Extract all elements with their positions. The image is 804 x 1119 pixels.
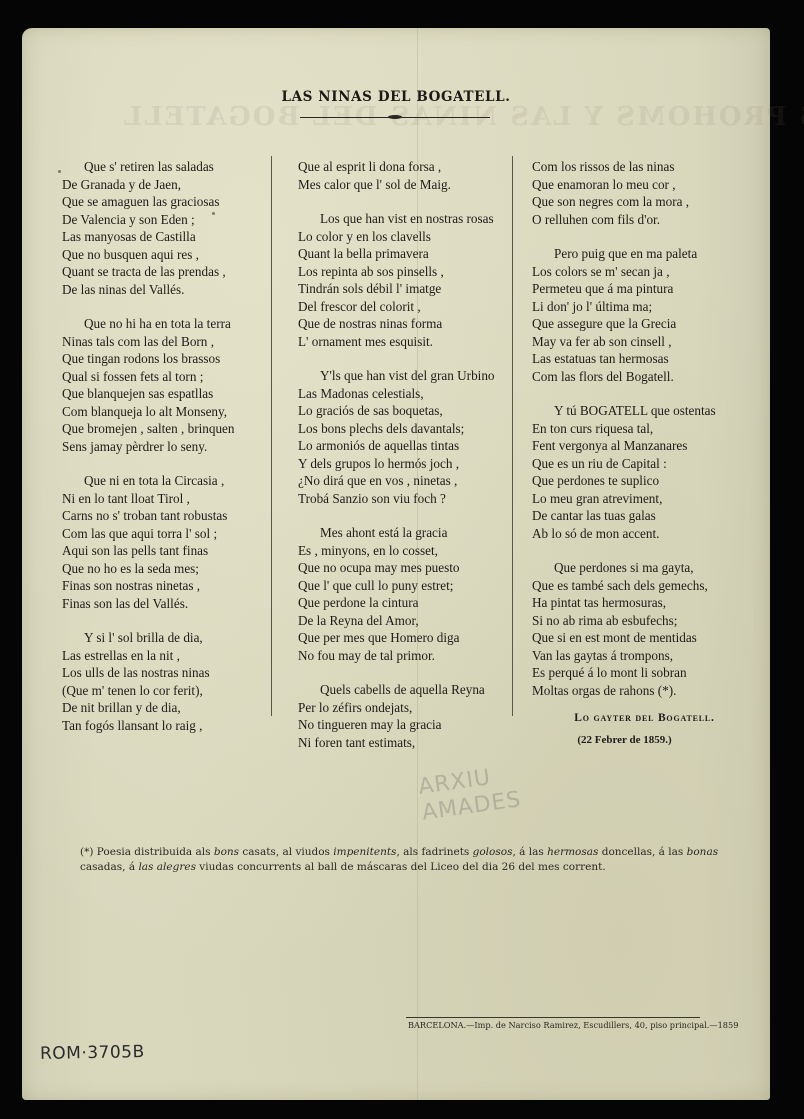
stanza: Que ni en tota la Circasia ,Ni en lo tan… xyxy=(62,472,277,612)
footnote-text: casadas, á xyxy=(80,861,138,873)
verse-line: Que assegure que la Grecia xyxy=(532,315,757,333)
footnote-emphasis: golosos xyxy=(473,846,513,858)
verse-line: Que se amaguen las graciosas xyxy=(62,193,277,211)
verse-line: Ha pintat tas hermosuras, xyxy=(532,594,757,612)
verse-line: Es perqué á lo mont li sobran xyxy=(532,664,757,682)
verse-line: Que es un riu de Capital : xyxy=(532,455,757,473)
verse-line: No fou may de tal primor. xyxy=(298,647,523,665)
poem-date: (22 Febrer de 1859.) xyxy=(492,732,757,750)
verse-line: Lo color y en los clavells xyxy=(298,228,523,246)
verse-line: Que blanquejen sas espatllas xyxy=(62,385,277,403)
verse-line: Que s' retiren las saladas xyxy=(62,158,277,176)
verse-line: Pero puig que en ma paleta xyxy=(532,245,757,263)
verse-line: De Granada y de Jaen, xyxy=(62,176,277,194)
stanza: Mes ahont está la graciaEs , minyons, en… xyxy=(298,524,523,664)
verse-line: Que perdone la cintura xyxy=(298,594,523,612)
verse-line: Mes calor que l' sol de Maig. xyxy=(298,176,523,194)
verse-line: Que perdones si ma gayta, xyxy=(532,559,757,577)
verse-line: De la Reyna del Amor, xyxy=(298,612,523,630)
footnote-text: , á las xyxy=(512,846,547,858)
stanza: Pero puig que en ma paletaLos colors se … xyxy=(532,245,757,385)
verse-line: En ton curs riquesa tal, xyxy=(532,420,757,438)
verse-line: Tindrán sols débil l' imatge xyxy=(298,280,523,298)
verse-line: De cantar las tuas galas xyxy=(532,507,757,525)
stanza: Que no hi ha en tota la terraNinas tals … xyxy=(62,315,277,455)
verse-line: Los repinta ab sos pinsells , xyxy=(298,263,523,281)
verse-line: Que es també sach dels gemechs, xyxy=(532,577,757,595)
footnote-emphasis: bonas xyxy=(687,846,718,858)
verse-line: Que al esprit li dona forsa , xyxy=(298,158,523,176)
verse-line: Per lo zéfirs ondejats, xyxy=(298,699,523,717)
verse-line: Y'ls que han vist del gran Urbino xyxy=(298,367,523,385)
imprint-rule xyxy=(406,1017,700,1018)
verse-line: Los colors se m' secan ja , xyxy=(532,263,757,281)
footnote: (*) Poesia distribuida als bons casats, … xyxy=(80,845,760,875)
verse-line: Del frescor del colorit , xyxy=(298,298,523,316)
verse-line: Que si en est mont de mentidas xyxy=(532,629,757,647)
footnote-emphasis: hermosas xyxy=(547,846,598,858)
footnote-text: , als fadrinets xyxy=(396,846,472,858)
stanza: Quels cabells de aquella ReynaPer lo zéf… xyxy=(298,681,523,751)
verse-line: No tingueren may la gracia xyxy=(298,716,523,734)
verse-line: Lo graciós de sas boquetas, xyxy=(298,402,523,420)
broadside-page: LAS PROHOMS Y LAS NINAS DEL BOGATELL LAS… xyxy=(22,28,770,1100)
footnote-text: casats, al viudos xyxy=(239,846,333,858)
verse-line: Com los rissos de las ninas xyxy=(532,158,757,176)
verse-line: Aqui son las pells tant finas xyxy=(62,542,277,560)
verse-line: Ni foren tant estimats, xyxy=(298,734,523,752)
verse-line: Las Madonas celestials, xyxy=(298,385,523,403)
paper-speck xyxy=(58,170,61,173)
verse-line: Las estrellas en la nit , xyxy=(62,647,277,665)
stanza: Los que han vist en nostras rosasLo colo… xyxy=(298,210,523,350)
verse-line: Los bons plechs dels davantals; xyxy=(298,420,523,438)
footnote-emphasis: impenitents xyxy=(333,846,396,858)
paper-speck xyxy=(212,212,215,215)
footnote-text: viudas concurrents al ball de máscaras d… xyxy=(196,861,606,873)
verse-line: O relluhen com fils d'or. xyxy=(532,211,757,229)
verse-line: Carns no s' troban tant robustas xyxy=(62,507,277,525)
verse-line: Ninas tals com las del Born , xyxy=(62,333,277,351)
stanza: Com los rissos de las ninasQue enamoran … xyxy=(532,158,757,228)
verse-line: Los que han vist en nostras rosas xyxy=(298,210,523,228)
verse-line: Que enamoran lo meu cor , xyxy=(532,176,757,194)
footnote-text: doncellas, á las xyxy=(598,846,686,858)
verse-line: De Valencia y son Eden ; xyxy=(62,211,277,229)
footnote-text: (*) Poesia distribuida als xyxy=(80,846,214,858)
stanza: Que s' retiren las saladasDe Granada y d… xyxy=(62,158,277,298)
verse-line: Que de nostras ninas forma xyxy=(298,315,523,333)
poem-column-3: Com los rissos de las ninasQue enamoran … xyxy=(532,158,757,749)
footnote-emphasis: bons xyxy=(214,846,239,858)
verse-line: Finas son las del Vallés. xyxy=(62,595,277,613)
verse-line: Mes ahont está la gracia xyxy=(298,524,523,542)
verse-line: Com las que aqui torra l' sol ; xyxy=(62,525,277,543)
poem-column-1: Que s' retiren las saladasDe Granada y d… xyxy=(62,158,277,751)
verse-line: Lo meu gran atreviment, xyxy=(532,490,757,508)
verse-line: Que per mes que Homero diga xyxy=(298,629,523,647)
verse-line: Es , minyons, en lo cosset, xyxy=(298,542,523,560)
page-title: LAS NINAS DEL BOGATELL. xyxy=(22,89,770,105)
verse-line: Com blanqueja lo alt Monseny, xyxy=(62,403,277,421)
verse-line: Y dels grupos lo hermós joch , xyxy=(298,455,523,473)
printer-imprint: BARCELONA.—Imp. de Narciso Ramirez, Escu… xyxy=(408,1020,738,1030)
stanza: Y tú BOGATELL que ostentasEn ton curs ri… xyxy=(532,402,757,542)
verse-line: Si no ab rima ab esbufechs; xyxy=(532,612,757,630)
verse-line: Quels cabells de aquella Reyna xyxy=(298,681,523,699)
verse-line: Moltas orgas de rahons (*). xyxy=(532,682,757,700)
verse-line: Las estatuas tan hermosas xyxy=(532,350,757,368)
verse-line: Fent vergonya al Manzanares xyxy=(532,437,757,455)
verse-line: Que no hi ha en tota la terra xyxy=(62,315,277,333)
verse-line: Li don' jo l' última ma; xyxy=(532,298,757,316)
verse-line: Las manyosas de Castilla xyxy=(62,228,277,246)
verse-line: Van las gaytas á trompons, xyxy=(532,647,757,665)
poem-column-2: Que al esprit li dona forsa ,Mes calor q… xyxy=(298,158,523,768)
verse-line: Que son negres com la mora , xyxy=(532,193,757,211)
verse-line: De nit brillan y de dia, xyxy=(62,699,277,717)
verse-line: Que perdones te suplico xyxy=(532,472,757,490)
verse-line: Com las flors del Bogatell. xyxy=(532,368,757,386)
verse-line: Ab lo só de mon accent. xyxy=(532,525,757,543)
verse-line: Sens jamay pèrdrer lo seny. xyxy=(62,438,277,456)
verse-line: Lo armoniós de aquellas tintas xyxy=(298,437,523,455)
stanza: Y'ls que han vist del gran UrbinoLas Mad… xyxy=(298,367,523,507)
verse-line: Permeteu que á ma pintura xyxy=(532,280,757,298)
verse-line: Qual si fossen fets al torn ; xyxy=(62,368,277,386)
stanza: Que al esprit li dona forsa ,Mes calor q… xyxy=(298,158,523,193)
footnote-emphasis: las alegres xyxy=(138,861,196,873)
verse-line: (Que m' tenen lo cor ferit), xyxy=(62,682,277,700)
verse-line: Ni en lo tant lloat Tirol , xyxy=(62,490,277,508)
verse-line: L' ornament mes esquisit. xyxy=(298,333,523,351)
archive-stamp: ARXIU AMADES xyxy=(417,761,523,826)
verse-line: Que no ocupa may mes puesto xyxy=(298,559,523,577)
verse-line: Que tingan rodons los brassos xyxy=(62,350,277,368)
verse-line: Finas son nostras ninetas , xyxy=(62,577,277,595)
shelfmark: ROM·3705B xyxy=(40,1042,145,1064)
verse-line: Que no busquen aqui res , xyxy=(62,246,277,264)
verse-line: Quant la bella primavera xyxy=(298,245,523,263)
verse-line: Tan fogós llansant lo raig , xyxy=(62,717,277,735)
stanza: Que perdones si ma gayta,Que es també sa… xyxy=(532,559,757,699)
author-signature: Lo gayter del Bogatell. xyxy=(532,710,757,728)
verse-line: ¿No dirá que en vos , ninetas , xyxy=(298,472,523,490)
verse-line: Y si l' sol brilla de dia, xyxy=(62,629,277,647)
verse-line: Los ulls de las nostras ninas xyxy=(62,664,277,682)
verse-line: Y tú BOGATELL que ostentas xyxy=(532,402,757,420)
verse-line: Que ni en tota la Circasia , xyxy=(62,472,277,490)
title-ornament-rule xyxy=(300,117,490,118)
verse-line: Quant se tracta de las prendas , xyxy=(62,263,277,281)
verse-line: Que l' que cull lo puny estret; xyxy=(298,577,523,595)
stanza: Y si l' sol brilla de dia,Las estrellas … xyxy=(62,629,277,734)
verse-line: Trobá Sanzio son viu foch ? xyxy=(298,490,523,508)
verse-line: Que no ho es la seda mes; xyxy=(62,560,277,578)
verse-line: De las ninas del Vallés. xyxy=(62,281,277,299)
verse-line: May va fer ab son cinsell , xyxy=(532,333,757,351)
verse-line: Que bromejen , salten , brinquen xyxy=(62,420,277,438)
